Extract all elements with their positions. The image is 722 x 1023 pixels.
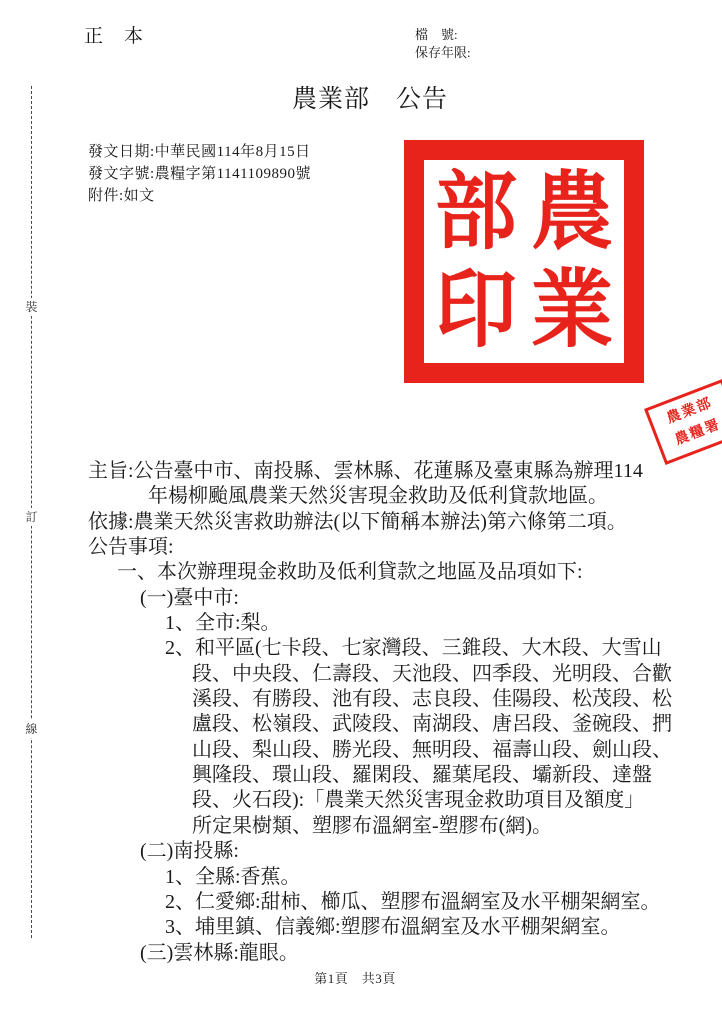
body-line: 年楊柳颱風農業天然災害現金救助及低利貸款地區。 bbox=[88, 484, 698, 509]
seal-character: 業 bbox=[524, 260, 620, 361]
file-number-label: 檔 號: bbox=[415, 26, 471, 44]
document-page: 正 本 檔 號: 保存年限: 農業部 公告 發文日期:中華民國114年8月15日… bbox=[0, 0, 722, 1023]
body-line: (三)雲林縣:龍眼。 bbox=[88, 941, 698, 966]
body-line: 山段、梨山段、勝光段、無明段、福壽山段、劍山段、 bbox=[88, 738, 698, 763]
ministry-seal: 農 部 業 印 bbox=[404, 140, 644, 383]
body-line: 公告事項: bbox=[88, 535, 698, 560]
binding-mark-ding: 訂 bbox=[22, 508, 41, 526]
issue-date-line: 發文日期:中華民國114年8月15日 bbox=[88, 141, 311, 163]
body-line: 所定果樹類、塑膠布溫網室-塑膠布(網)。 bbox=[88, 814, 698, 839]
seal-character: 印 bbox=[428, 260, 524, 361]
body-line: 2、和平區(七卡段、七家灣段、三錐段、大木段、大雪山 bbox=[88, 636, 698, 661]
announcement-body: 主旨:公告臺中市、南投縣、雲林縣、花蓮縣及臺東縣為辦理114 年楊柳颱風農業天然… bbox=[88, 459, 698, 966]
attachment-line: 附件:如文 bbox=[88, 185, 311, 207]
binding-mark-zhuang: 裝 bbox=[22, 298, 41, 316]
seal-character: 農 bbox=[524, 162, 620, 263]
seal-character: 部 bbox=[428, 162, 524, 263]
body-line: 3、埔里鎮、信義鄉:塑膠布溫網室及水平棚架網室。 bbox=[88, 915, 698, 940]
page-number: 第1頁 共3頁 bbox=[0, 968, 710, 987]
body-line: 興隆段、環山段、羅閑段、羅葉尾段、壩新段、達盤 bbox=[88, 763, 698, 788]
body-line: 溪段、有勝段、池有段、志良段、佳陽段、松茂段、松 bbox=[88, 687, 698, 712]
body-line: 1、全縣:香蕉。 bbox=[88, 865, 698, 890]
agency-sub-seal: 農業部 農糧署 bbox=[644, 379, 722, 465]
body-line: 一、本次辦理現金救助及低利貸款之地區及品項如下: bbox=[88, 560, 698, 585]
body-line: 段、火石段):「農業天然災害現金救助項目及額度」 bbox=[88, 788, 698, 813]
body-line: (一)臺中市: bbox=[88, 586, 698, 611]
body-line: 依據:農業天然災害救助辦法(以下簡稱本辦法)第六條第二項。 bbox=[88, 510, 698, 535]
retention-period-label: 保存年限: bbox=[415, 44, 471, 62]
document-title: 農業部 公告 bbox=[9, 79, 722, 115]
file-info-block: 檔 號: 保存年限: bbox=[415, 26, 471, 61]
body-line: 主旨:公告臺中市、南投縣、雲林縣、花蓮縣及臺東縣為辦理114 bbox=[88, 459, 698, 484]
document-number-line: 發文字號:農糧字第1141109890號 bbox=[88, 163, 311, 185]
document-meta: 發文日期:中華民國114年8月15日 發文字號:農糧字第1141109890號 … bbox=[88, 141, 311, 207]
body-line: 段、中央段、仁壽段、天池段、四季段、光明段、合歡 bbox=[88, 662, 698, 687]
body-line: 盧段、松嶺段、武陵段、南湖段、唐呂段、釜碗段、捫 bbox=[88, 712, 698, 737]
copy-type-label: 正 本 bbox=[84, 21, 144, 48]
body-line: 1、全市:梨。 bbox=[88, 611, 698, 636]
body-line: 2、仁愛鄉:甜柿、櫛瓜、塑膠布溫網室及水平棚架網室。 bbox=[88, 890, 698, 915]
body-line: (二)南投縣: bbox=[88, 839, 698, 864]
binding-mark-xian: 線 bbox=[22, 720, 41, 738]
